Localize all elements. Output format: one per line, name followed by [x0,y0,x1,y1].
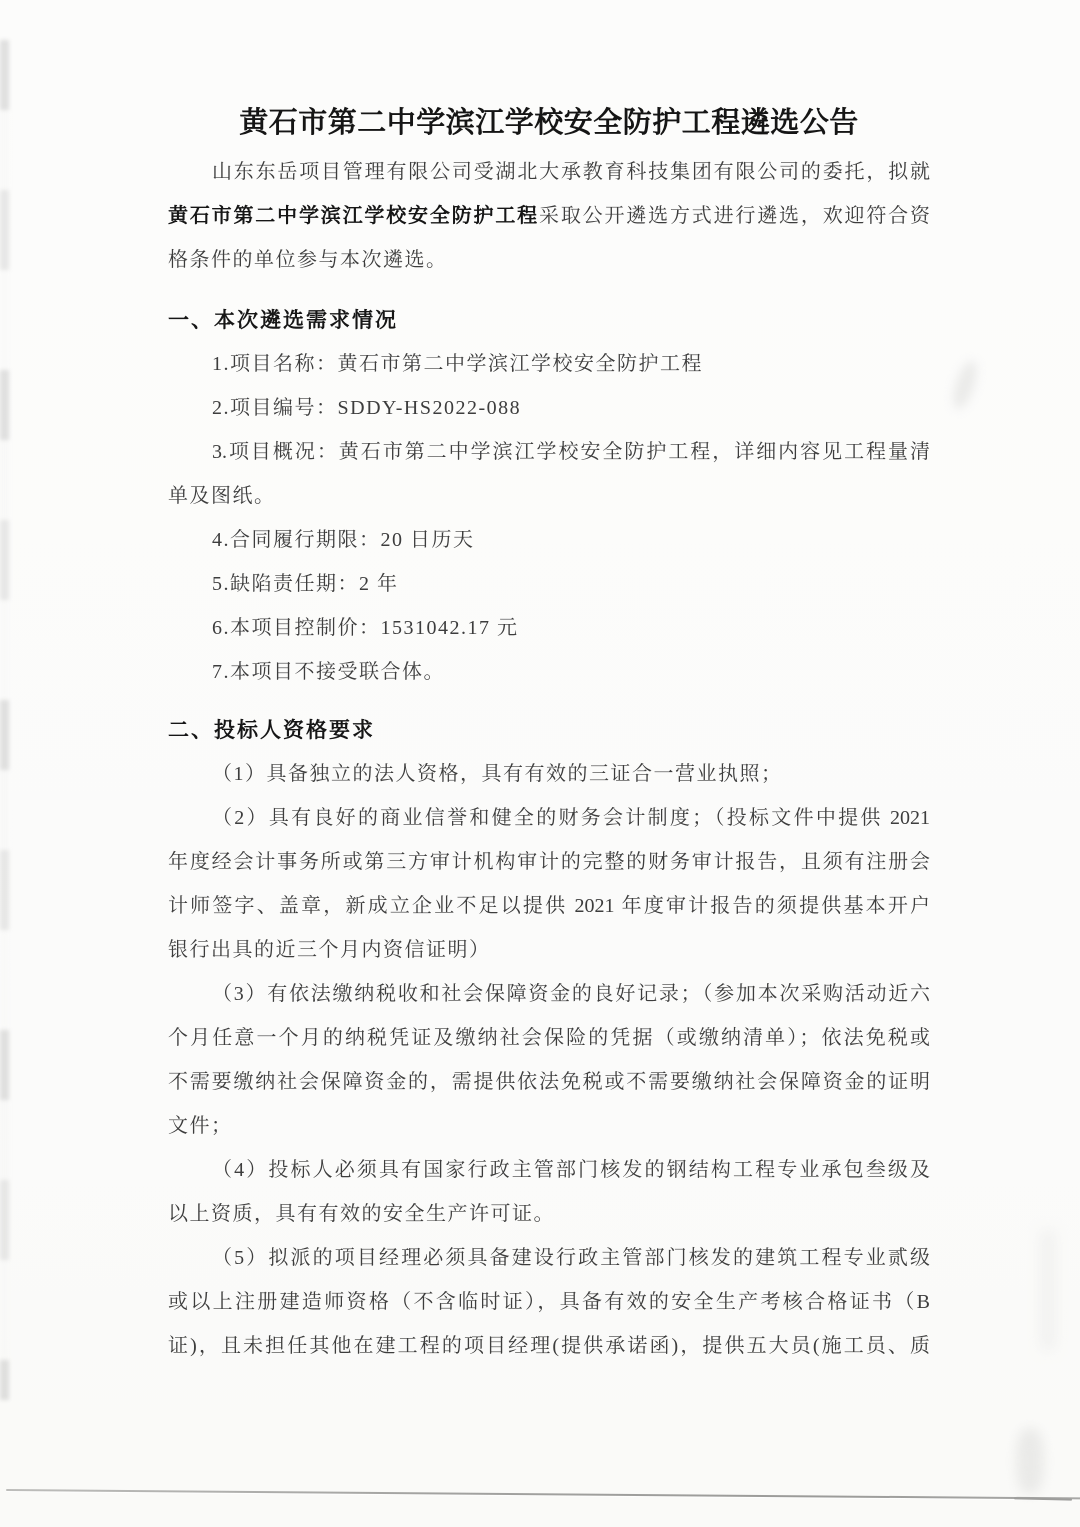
text-segment: 山东东岳项目管理有限公司受湖北大承教育科技集团有限公司的委托，拟就 [212,161,930,183]
text-segment: （4）投标人必须具有国家行政主管部门核发的钢结构工程专业承包叁级及 [212,1159,930,1181]
bold-text-segment: 黄石市第二中学滨江学校安全防护工程 [168,205,539,227]
text-segment: 3.项目概况：黄石市第二中学滨江学校安全防护工程，详细内容见工程量清 [212,441,930,463]
text-line: （3）有依法缴纳税收和社会保障资金的良好记录；（参加本次采购活动近六 [168,972,930,1016]
text-line: 4.合同履行期限：20 日历天 [168,518,930,562]
text-line: （2）具有良好的商业信誉和健全的财务会计制度；（投标文件中提供 2021 [168,796,930,840]
scan-smudge [1016,1428,1044,1494]
scan-fold-line-end [1014,1497,1072,1500]
text-segment: 1.项目名称：黄石市第二中学滨江学校安全防护工程 [212,353,703,375]
text-line: 山东东岳项目管理有限公司受湖北大承教育科技集团有限公司的委托，拟就 [168,150,930,194]
text-block-hsec: 一、本次遴选需求情况 [168,298,930,342]
text-segment: 个月任意一个月的纳税凭证及缴纳社会保险的凭据（或缴纳清单）；依法免税或 [168,1027,930,1049]
text-line: 3.项目概况：黄石市第二中学滨江学校安全防护工程，详细内容见工程量清 [168,430,930,474]
text-line: 黄石市第二中学滨江学校安全防护工程采取公开遴选方式进行遴选，欢迎符合资 [168,194,930,238]
bold-text-segment: 一、本次遴选需求情况 [168,308,398,332]
text-segment: 文件； [168,1115,233,1137]
text-line: 6.本项目控制价：1531042.17 元 [168,606,930,650]
text-line: （4）投标人必须具有国家行政主管部门核发的钢结构工程专业承包叁级及 [168,1148,930,1192]
text-segment: 不需要缴纳社会保障资金的，需提供依法免税或不需要缴纳社会保障资金的证明 [168,1071,930,1093]
text-line: 2.项目编号：SDDY-HS2022-088 [168,386,930,430]
text-segment: 4.合同履行期限：20 日历天 [212,529,475,551]
text-segment: （2）具有良好的商业信誉和健全的财务会计制度；（投标文件中提供 2021 [212,807,930,829]
text-segment: （1）具备独立的法人资格，具有有效的三证合一营业执照； [212,763,783,785]
text-block-list: 1.项目名称：黄石市第二中学滨江学校安全防护工程2.项目编号：SDDY-HS20… [168,342,930,694]
text-block-req: （1）具备独立的法人资格，具有有效的三证合一营业执照；（2）具有良好的商业信誉和… [168,752,930,1368]
scan-edge-shadow [0,40,9,1400]
text-segment: 证)，且未担任其他在建工程的项目经理(提供承诺函)，提供五大员(施工员、质 [168,1335,930,1357]
text-line: 单及图纸。 [168,474,930,518]
scan-fold-line [6,1489,1080,1499]
text-line: 证)，且未担任其他在建工程的项目经理(提供承诺函)，提供五大员(施工员、质 [168,1324,930,1368]
text-line: 年度经会计事务所或第三方审计机构审计的完整的财务审计报告，且须有注册会 [168,840,930,884]
text-segment: 格条件的单位参与本次遴选。 [168,249,448,271]
scanned-document: { "document": { "title": "黄石市第二中学滨江学校安全防… [0,0,1080,1527]
text-segment: 6.本项目控制价：1531042.17 元 [212,617,519,639]
text-segment: 单及图纸。 [168,485,276,507]
text-segment: 年度经会计事务所或第三方审计机构审计的完整的财务审计报告，且须有注册会 [168,851,930,873]
text-block-hsec2: 二、投标人资格要求 [168,708,930,752]
text-segment: 5.缺陷责任期：2 年 [212,573,399,595]
text-segment: （3）有依法缴纳税收和社会保障资金的良好记录；（参加本次采购活动近六 [212,983,930,1005]
text-line: 或以上注册建造师资格（不含临时证），具备有效的安全生产考核合格证书（B [168,1280,930,1324]
text-line: （5）拟派的项目经理必须具备建设行政主管部门核发的建筑工程专业贰级 [168,1236,930,1280]
text-line: 银行出具的近三个月内资信证明） [168,928,930,972]
text-segment: 或以上注册建造师资格（不含临时证），具备有效的安全生产考核合格证书（B [168,1291,930,1313]
text-line: 不需要缴纳社会保障资金的，需提供依法免税或不需要缴纳社会保障资金的证明 [168,1060,930,1104]
text-segment: 采取公开遴选方式进行遴选，欢迎符合资 [539,205,930,227]
text-segment: 银行出具的近三个月内资信证明） [168,939,491,961]
text-line: 5.缺陷责任期：2 年 [168,562,930,606]
scan-smudge [1040,1230,1056,1350]
document-title: 黄石市第二中学滨江学校安全防护工程遴选公告 [168,102,930,144]
text-line: 1.项目名称：黄石市第二中学滨江学校安全防护工程 [168,342,930,386]
text-segment: （5）拟派的项目经理必须具备建设行政主管部门核发的建筑工程专业贰级 [212,1247,930,1269]
text-segment: 以上资质，具有有效的安全生产许可证。 [168,1203,555,1225]
text-line: （1）具备独立的法人资格，具有有效的三证合一营业执照； [168,752,930,796]
text-line: 文件； [168,1104,930,1148]
text-line: 个月任意一个月的纳税凭证及缴纳社会保险的凭据（或缴纳清单）；依法免税或 [168,1016,930,1060]
text-segment: 7.本项目不接受联合体。 [212,661,445,683]
text-line: 计师签字、盖章，新成立企业不足以提供 2021 年度审计报告的须提供基本开户 [168,884,930,928]
text-segment: 计师签字、盖章，新成立企业不足以提供 2021 年度审计报告的须提供基本开户 [168,895,930,917]
text-line: 格条件的单位参与本次遴选。 [168,238,930,282]
text-line: 二、投标人资格要求 [168,708,930,752]
scan-smudge [949,358,982,411]
text-segment: 2.项目编号：SDDY-HS2022-088 [212,397,521,419]
text-line: 以上资质，具有有效的安全生产许可证。 [168,1192,930,1236]
document-page: 黄石市第二中学滨江学校安全防护工程遴选公告 山东东岳项目管理有限公司受湖北大承教… [0,0,1080,1527]
text-line: 7.本项目不接受联合体。 [168,650,930,694]
document-body: 黄石市第二中学滨江学校安全防护工程遴选公告 山东东岳项目管理有限公司受湖北大承教… [168,0,930,1368]
bold-text-segment: 二、投标人资格要求 [168,718,375,742]
text-line: 一、本次遴选需求情况 [168,298,930,342]
document-text-blocks: 山东东岳项目管理有限公司受湖北大承教育科技集团有限公司的委托，拟就黄石市第二中学… [168,150,930,1368]
text-block-intro: 山东东岳项目管理有限公司受湖北大承教育科技集团有限公司的委托，拟就黄石市第二中学… [168,150,930,282]
